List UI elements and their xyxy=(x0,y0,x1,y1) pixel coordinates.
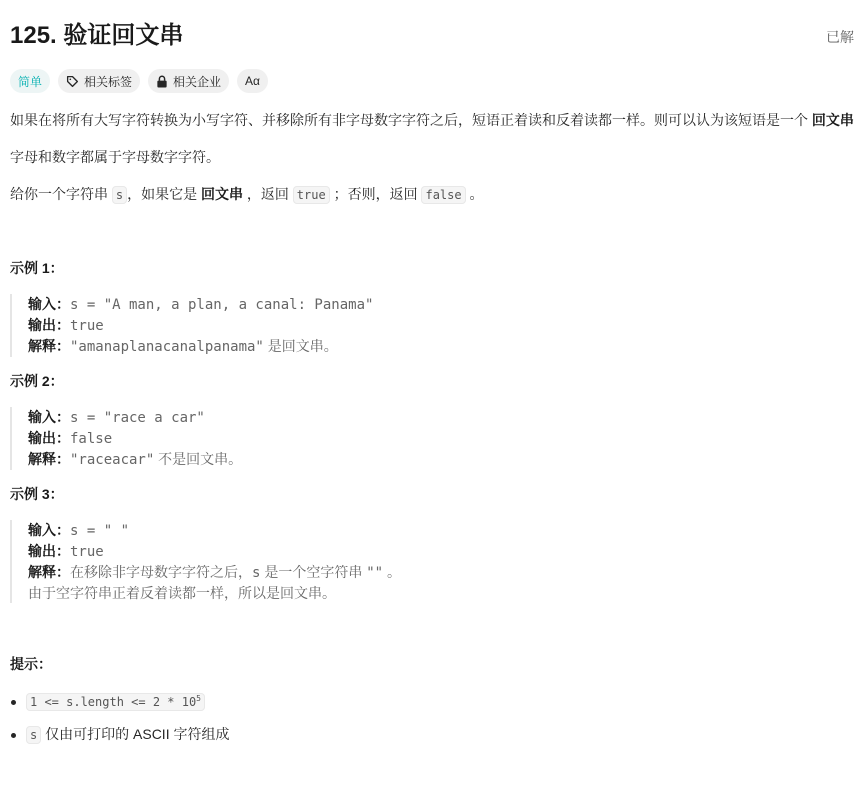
example-2-block: 输入：s = "race a car" 输出：false 解释："raceaca… xyxy=(10,407,242,470)
description-paragraph-1: 如果在将所有大写字符转换为小写字符、并移除所有非字母数字字符之后，短语正着读和反… xyxy=(10,110,854,130)
related-topics-button[interactable]: 相关标签 xyxy=(58,69,140,93)
constraint-item: 1 <= s.length <= 2 * 105 xyxy=(10,691,229,724)
constraints-list: 1 <= s.length <= 2 * 105 s 仅由可打印的 ASCII … xyxy=(10,691,229,757)
example-input: s = "A man, a plan, a canal: Panama" xyxy=(70,297,373,313)
example-input: s = " " xyxy=(70,523,129,539)
example-output: true xyxy=(70,318,104,334)
example-input: s = "race a car" xyxy=(70,410,205,426)
related-topics-label: 相关标签 xyxy=(84,73,132,90)
example-3-heading: 示例 3： xyxy=(10,484,64,504)
inline-code: false xyxy=(421,186,465,204)
title-row: 125. 验证回文串 已解 xyxy=(10,19,854,53)
example-output: false xyxy=(70,431,112,447)
related-companies-button[interactable]: 相关企业 xyxy=(148,69,229,93)
tag-bar: 简单 相关标签 相关企业 Aα xyxy=(10,69,268,93)
translate-button[interactable]: Aα xyxy=(237,69,268,93)
example-1-heading: 示例 1： xyxy=(10,258,64,278)
constraint-item: s 仅由可打印的 ASCII 字符组成 xyxy=(10,724,229,757)
solved-status: 已解 xyxy=(826,27,854,47)
example-1-block: 输入：s = "A man, a plan, a canal: Panama" … xyxy=(10,294,373,357)
tag-icon xyxy=(66,75,79,88)
related-companies-label: 相关企业 xyxy=(173,73,221,90)
constraints-heading: 提示： xyxy=(10,654,52,674)
translate-icon: Aα xyxy=(245,74,260,88)
description-paragraph-3: 给你一个字符串 s，如果它是 回文串 ，返回 true ；否则，返回 false… xyxy=(10,184,484,205)
example-2-heading: 示例 2： xyxy=(10,371,64,391)
lock-icon xyxy=(156,75,168,88)
inline-code: true xyxy=(293,186,330,204)
inline-code: s xyxy=(112,186,127,204)
description-paragraph-2: 字母和数字都属于字母数字字符。 xyxy=(10,147,220,167)
example-3-block: 输入：s = " " 输出：true 解释：在移除非字母数字字符之后，s 是一个… xyxy=(10,520,401,603)
difficulty-badge: 简单 xyxy=(10,69,50,93)
example-output: true xyxy=(70,544,104,560)
problem-title[interactable]: 125. 验证回文串 xyxy=(10,19,183,53)
